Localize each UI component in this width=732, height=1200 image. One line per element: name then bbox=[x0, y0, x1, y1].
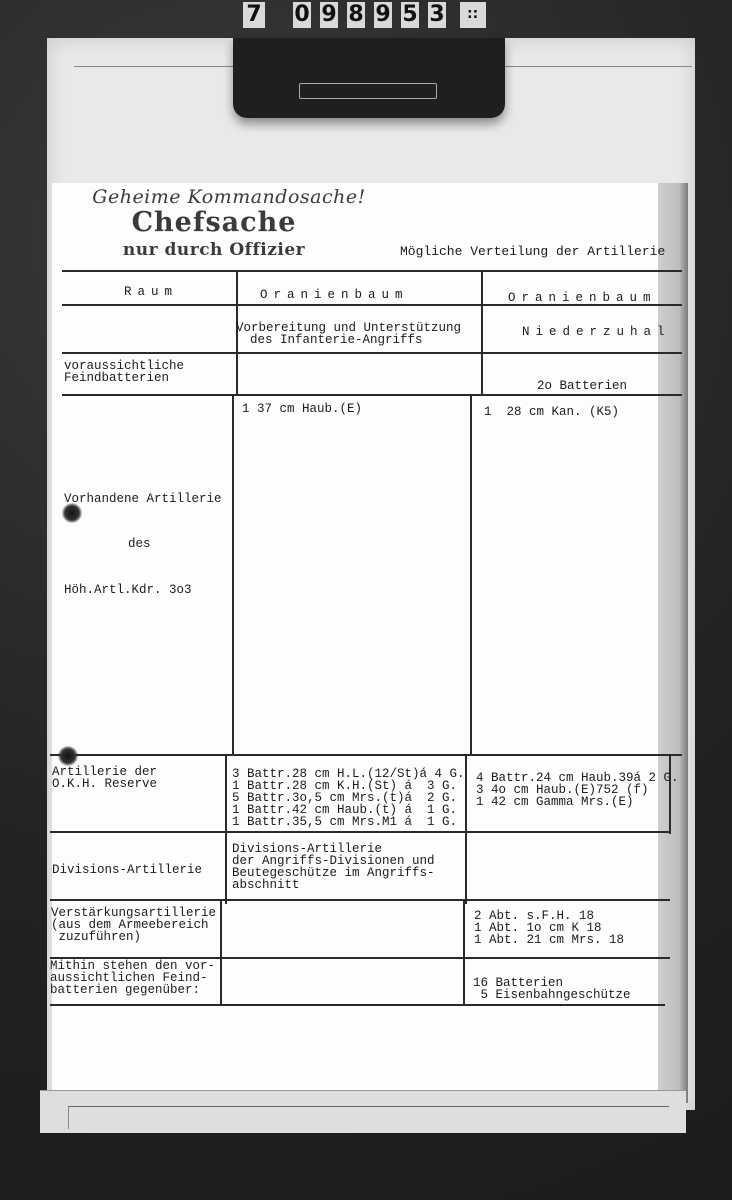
column-rule bbox=[465, 754, 467, 904]
table-rule bbox=[50, 1004, 665, 1006]
row-value-col2: abschnitt bbox=[232, 879, 300, 892]
counter-digit: 3 bbox=[428, 2, 446, 28]
classification-stamp: Geheime Kommandosache! Chefsache nur dur… bbox=[64, 186, 394, 260]
row-label: Vorhandene Artillerie bbox=[64, 493, 222, 506]
counter-digit: 5 bbox=[401, 2, 419, 28]
header-oranienbaum-2: Oranienbaum bbox=[508, 292, 657, 305]
table-rule bbox=[62, 394, 682, 396]
header-raum: Raum bbox=[124, 286, 178, 299]
four-dot-mark-icon: ∷ bbox=[460, 2, 486, 28]
table-rule bbox=[50, 754, 682, 756]
subheader-col3: Niederzuhal bbox=[522, 326, 671, 339]
punch-hole-mark bbox=[62, 503, 82, 523]
stamp-chefsache-line: Chefsache bbox=[34, 208, 394, 238]
column-rule bbox=[225, 754, 227, 904]
stamp-secret-line: Geheime Kommandosache! bbox=[64, 186, 394, 208]
row-label: batterien gegenüber: bbox=[50, 984, 200, 997]
row-value-col3: 1 42 cm Gamma Mrs.(E) bbox=[476, 796, 634, 809]
header-oranienbaum-1: Oranienbaum bbox=[260, 289, 409, 302]
counter-digit: 9 bbox=[374, 2, 392, 28]
table-rule bbox=[62, 270, 682, 272]
column-rule bbox=[232, 394, 234, 754]
column-rule bbox=[470, 394, 472, 754]
row-label: des bbox=[128, 538, 151, 551]
column-rule bbox=[463, 899, 465, 1004]
row-value-col3: 2o Batterien bbox=[537, 380, 627, 393]
table-rule bbox=[62, 352, 682, 354]
row-label: Divisions-Artillerie bbox=[52, 864, 202, 877]
column-rule bbox=[481, 270, 483, 395]
binder-clip bbox=[233, 38, 505, 118]
film-frame-counter: 7 0 9 8 9 5 3 ∷ bbox=[0, 0, 732, 34]
subheader-col2-line2: des Infanterie-Angriffs bbox=[250, 334, 423, 347]
column-rule bbox=[669, 754, 671, 834]
counter-digit: 0 bbox=[293, 2, 311, 28]
row-label: Höh.Artl.Kdr. 3o3 bbox=[64, 584, 192, 597]
backing-bottom-strip bbox=[40, 1090, 686, 1133]
row-value-col2: 1 Battr.35,5 cm Mrs.M1 á 1 G. bbox=[232, 816, 457, 829]
counter-digit: 9 bbox=[320, 2, 338, 28]
counter-digit: 8 bbox=[347, 2, 365, 28]
row-label: Feindbatterien bbox=[64, 372, 169, 385]
row-value-col3: 1 28 cm Kan. (K5) bbox=[484, 406, 619, 419]
row-label: zuzuführen) bbox=[51, 931, 141, 944]
clip-slot bbox=[299, 83, 437, 99]
page-edge-shadow bbox=[658, 183, 688, 1103]
stamp-officer-only-line: nur durch Offizier bbox=[34, 240, 394, 260]
punch-hole-mark bbox=[58, 746, 78, 766]
row-value-col3: 5 Eisenbahngeschütze bbox=[473, 989, 631, 1002]
backing-bottom-rule bbox=[68, 1106, 669, 1129]
frame-prefix: 7 bbox=[243, 2, 265, 28]
table-rule bbox=[50, 831, 670, 833]
column-rule bbox=[220, 899, 222, 1004]
table-rule bbox=[50, 899, 670, 901]
row-value-col3: 1 Abt. 21 cm Mrs. 18 bbox=[474, 934, 624, 947]
row-value-col2: 1 37 cm Haub.(E) bbox=[242, 403, 362, 416]
document-title: Mögliche Verteilung der Artillerie bbox=[400, 244, 665, 259]
row-label: O.K.H. Reserve bbox=[52, 778, 157, 791]
